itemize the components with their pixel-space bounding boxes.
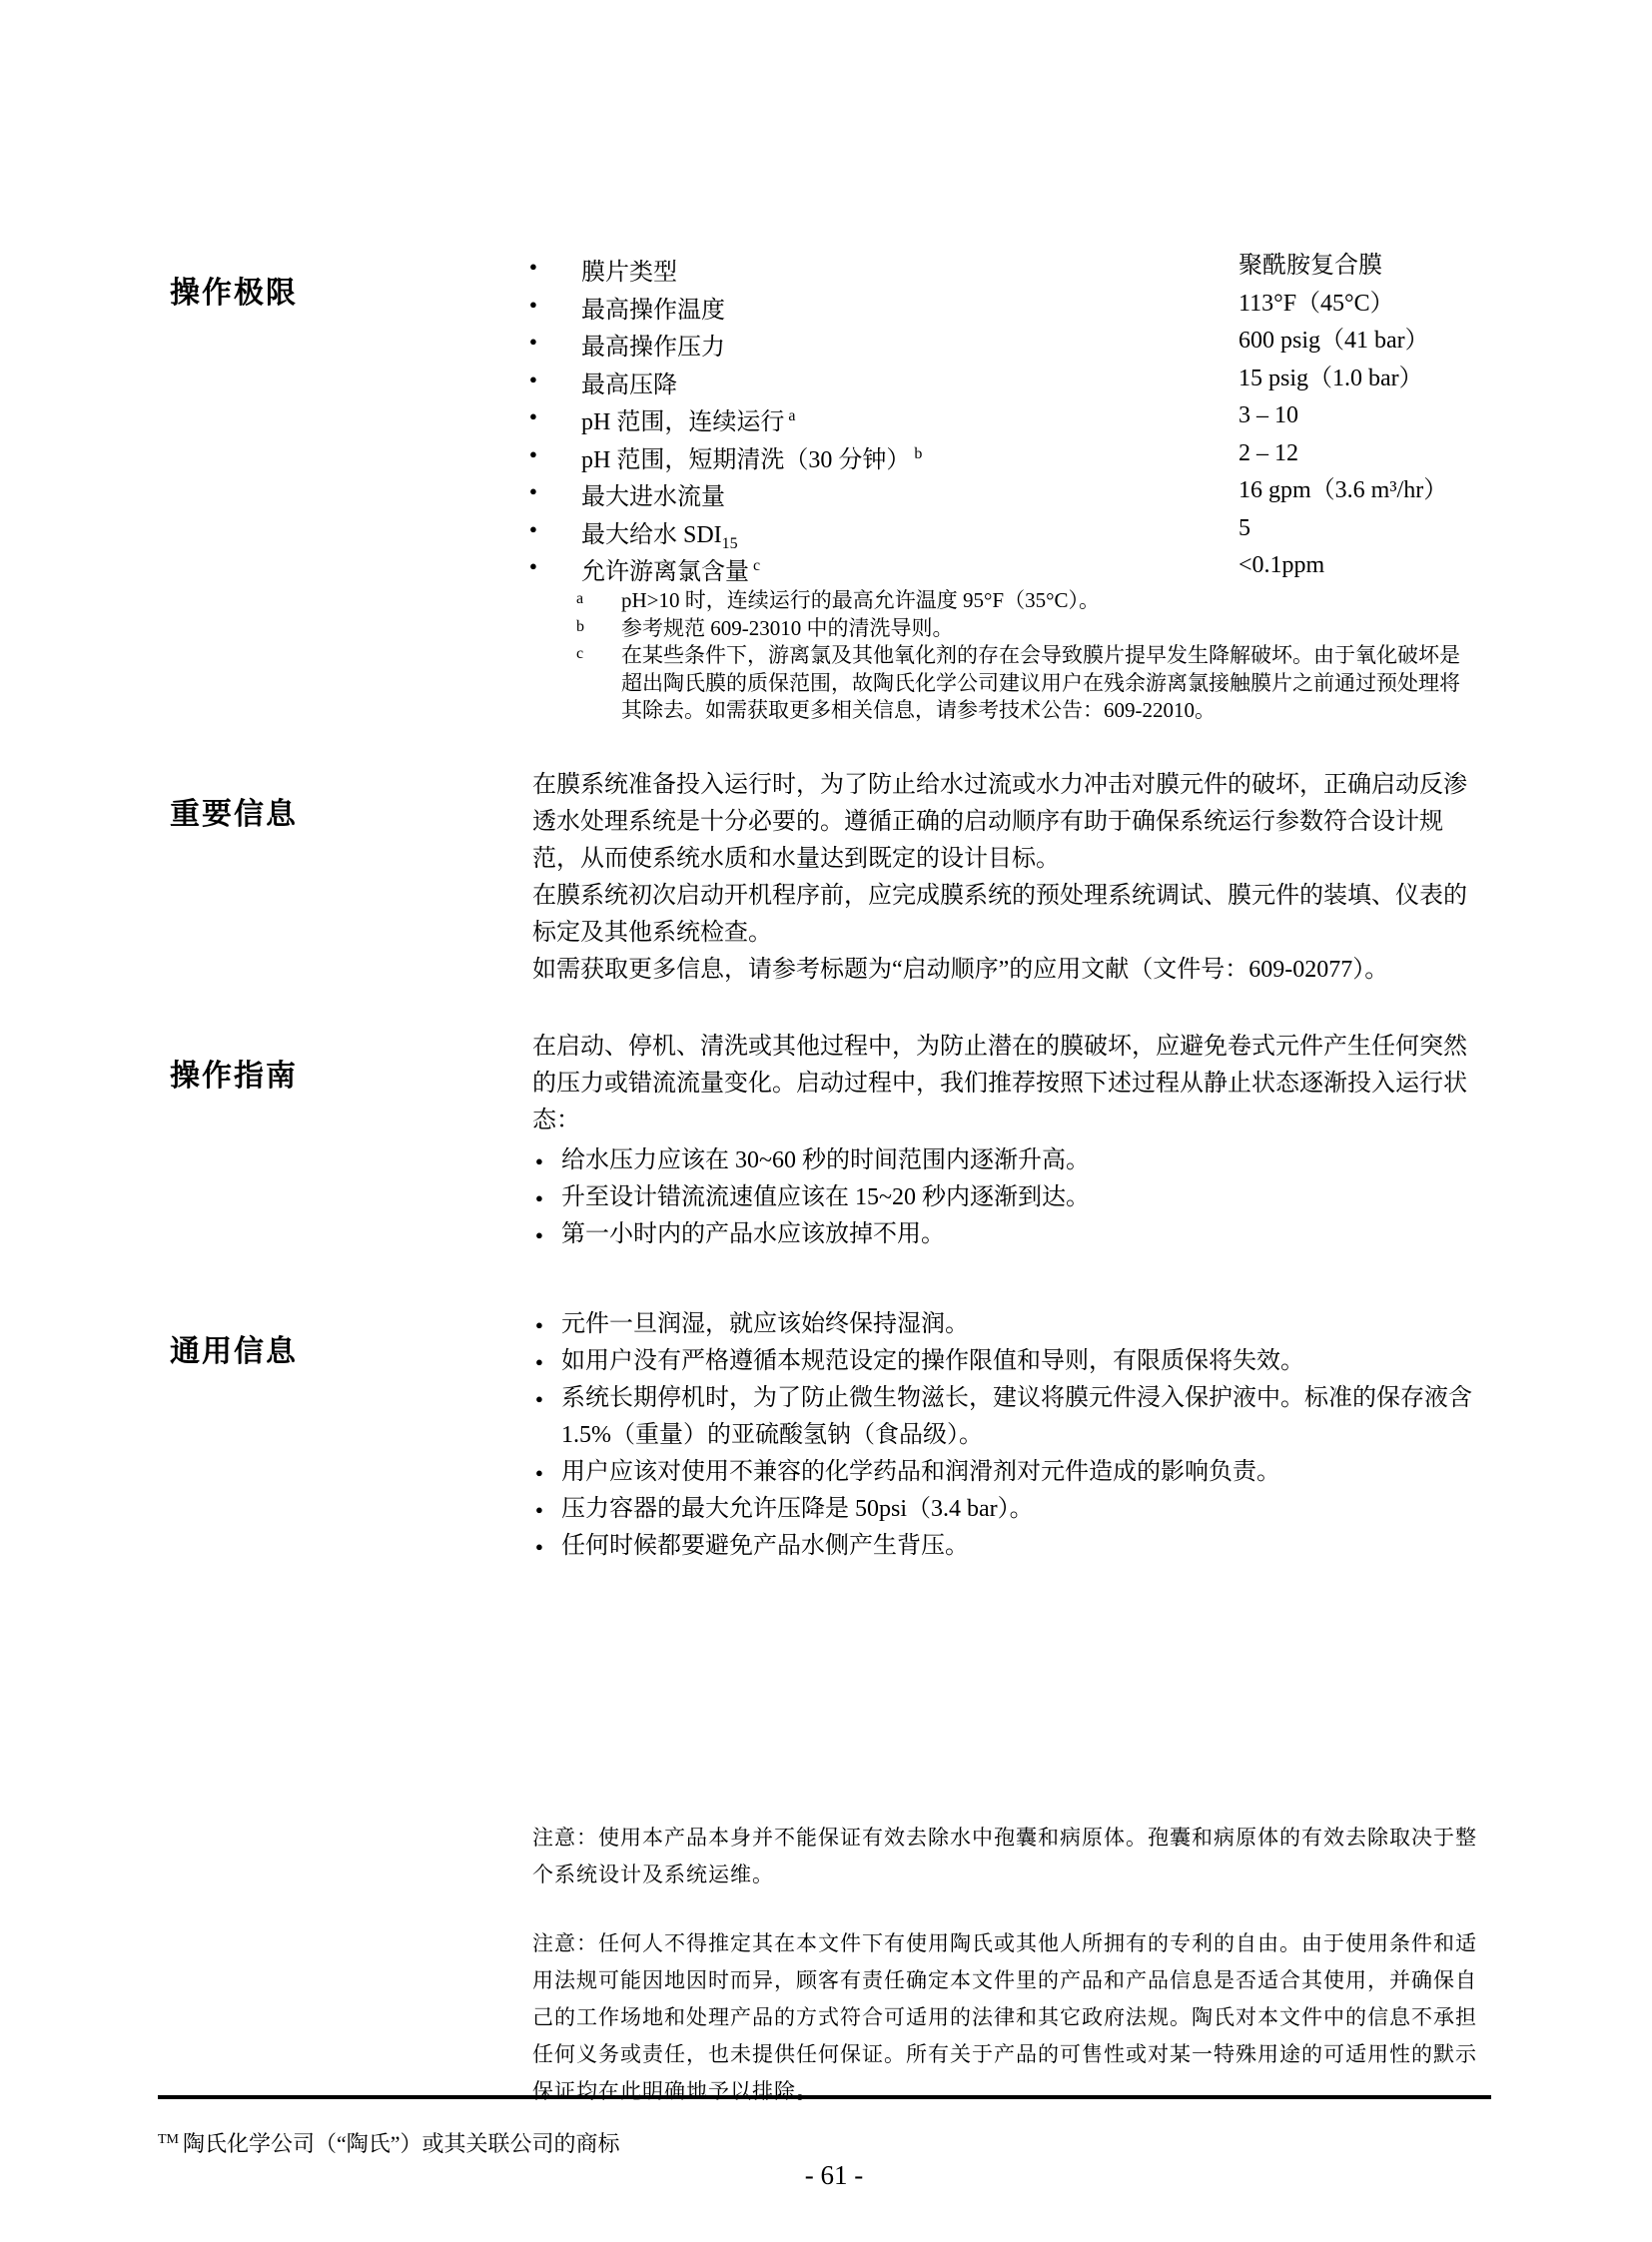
section-title-operating-guidelines: 操作指南 bbox=[170, 1051, 298, 1095]
bullet-icon: ● bbox=[535, 1380, 543, 1417]
footer-divider bbox=[158, 2095, 1491, 2099]
list-item: ●系统长期停机时，为了防止微生物滋长，建议将膜元件浸入保护液中。标准的保存液含 … bbox=[532, 1380, 1488, 1454]
bullet-icon: ● bbox=[535, 1528, 543, 1565]
list-item: ●如用户没有严格遵循本规范设定的操作限值和导则，有限质保将失效。 bbox=[532, 1343, 1488, 1380]
bullet-icon: ● bbox=[529, 323, 537, 361]
paragraph: 在启动、停机、清洗或其他过程中，为防止潜在的膜破坏，应避免卷式元件产生任何突然的… bbox=[532, 1029, 1488, 1139]
spec-value: 16 gpm（3.6 m³/hr） bbox=[1239, 472, 1447, 510]
note-cyst-pathogen: 注意：使用本产品本身并不能保证有效去除水中孢囊和病原体。孢囊和病原体的有效去除取… bbox=[532, 1820, 1489, 1893]
footnote-ref: a bbox=[788, 407, 795, 424]
bullet-icon: ● bbox=[529, 435, 537, 473]
tm-mark: TM bbox=[158, 2132, 179, 2147]
spec-value: 2 – 12 bbox=[1239, 435, 1298, 473]
bullet-icon: ● bbox=[529, 361, 537, 398]
spec-value: 5 bbox=[1239, 510, 1250, 548]
spec-value: 600 psig（41 bar） bbox=[1239, 323, 1429, 361]
list-item: ●压力容器的最大允许压降是 50psi（3.4 bar）。 bbox=[532, 1491, 1488, 1528]
footnote-ref: c bbox=[753, 557, 760, 574]
list-item: ●给水压力应该在 30~60 秒的时间范围内逐渐升高。 bbox=[532, 1142, 1488, 1179]
spec-value: 15 psig（1.0 bar） bbox=[1239, 361, 1423, 398]
bullet-icon: ● bbox=[529, 547, 537, 585]
spec-row: ● 最大进水流量 16 gpm（3.6 m³/hr） bbox=[529, 472, 1538, 510]
bullet-icon: ● bbox=[535, 1216, 543, 1253]
footnote-marker: a bbox=[576, 585, 583, 613]
list-item: ●任何时候都要避免产品水侧产生背压。 bbox=[532, 1528, 1488, 1565]
bullet-icon: ● bbox=[535, 1306, 543, 1343]
spec-table: ● 膜片类型 聚酰胺复合膜 ● 最高操作温度 113°F（45°C） ● 最高操… bbox=[529, 248, 1538, 585]
footnote-marker: c bbox=[576, 640, 583, 668]
footnotes: a pH>10 时，连续运行的最高允许温度 95°F（35°C）。 b 参考规范… bbox=[576, 587, 1480, 725]
spec-row: ● 膜片类型 聚酰胺复合膜 bbox=[529, 248, 1538, 286]
bullet-icon: ● bbox=[535, 1142, 543, 1179]
bullet-icon: ● bbox=[535, 1343, 543, 1380]
footnote: c 在某些条件下，游离氯及其他氧化剂的存在会导致膜片提早发生降解破坏。由于氧化破… bbox=[576, 642, 1480, 725]
list-item: ●元件一旦润湿，就应该始终保持湿润。 bbox=[532, 1306, 1488, 1343]
guidelines-bullet-list: ●给水压力应该在 30~60 秒的时间范围内逐渐升高。 ●升至设计错流流速值应该… bbox=[532, 1142, 1488, 1253]
section-title-operating-limits: 操作极限 bbox=[170, 268, 298, 312]
list-item: ●升至设计错流流速值应该在 15~20 秒内逐渐到达。 bbox=[532, 1179, 1488, 1216]
paragraph: 如需获取更多信息，请参考标题为“启动顺序”的应用文献（文件号：609-02077… bbox=[532, 952, 1488, 989]
bullet-icon: ● bbox=[529, 472, 537, 510]
footnote-text: 参考规范 609-23010 中的清洗导则。 bbox=[621, 616, 954, 640]
section-title-general-info: 通用信息 bbox=[170, 1326, 298, 1370]
list-item: ●第一小时内的产品水应该放掉不用。 bbox=[532, 1216, 1488, 1253]
paragraph: 在膜系统初次启动开机程序前，应完成膜系统的预处理系统调试、膜元件的装填、仪表的标… bbox=[532, 878, 1488, 952]
spec-row: ● 最高压降 15 psig（1.0 bar） bbox=[529, 361, 1538, 398]
footnote: b 参考规范 609-23010 中的清洗导则。 bbox=[576, 615, 1480, 643]
footnote-text: 在某些条件下，游离氯及其他氧化剂的存在会导致膜片提早发生降解破坏。由于氧化破坏是… bbox=[621, 643, 1460, 722]
spec-row: ● 最大给水 SDI15 5 bbox=[529, 510, 1538, 548]
footnote-ref: b bbox=[914, 445, 922, 462]
spec-value: 聚酰胺复合膜 bbox=[1239, 248, 1382, 286]
footnote-text: pH>10 时，连续运行的最高允许温度 95°F（35°C）。 bbox=[621, 588, 1100, 612]
spec-value: 3 – 10 bbox=[1239, 397, 1298, 435]
spec-row: ● pH 范围，连续运行a 3 – 10 bbox=[529, 397, 1538, 435]
spec-value: 113°F（45°C） bbox=[1239, 286, 1394, 324]
footnote-marker: b bbox=[576, 613, 584, 641]
spec-row: ● 最高操作压力 600 psig（41 bar） bbox=[529, 323, 1538, 361]
bullet-icon: ● bbox=[535, 1454, 543, 1491]
bullet-icon: ● bbox=[535, 1491, 543, 1528]
footnote: a pH>10 时，连续运行的最高允许温度 95°F（35°C）。 bbox=[576, 587, 1480, 615]
spec-row: ● 最高操作温度 113°F（45°C） bbox=[529, 286, 1538, 324]
note-legal-disclaimer: 注意：任何人不得推定其在本文件下有使用陶氏或其他人所拥有的专利的自由。由于使用条… bbox=[532, 1925, 1489, 2110]
section-title-important-info: 重要信息 bbox=[170, 789, 298, 833]
spec-row: ● pH 范围，短期清洗（30 分钟）b 2 – 12 bbox=[529, 435, 1538, 473]
bullet-icon: ● bbox=[535, 1179, 543, 1216]
spec-value: <0.1ppm bbox=[1239, 547, 1324, 585]
bullet-icon: ● bbox=[529, 286, 537, 324]
spec-row: ● 允许游离氯含量c <0.1ppm bbox=[529, 547, 1538, 585]
document-page: 操作极限 ● 膜片类型 聚酰胺复合膜 ● 最高操作温度 113°F（45°C） … bbox=[0, 0, 1652, 2242]
page-number: - 61 - bbox=[170, 2160, 1498, 2191]
paragraph: 在膜系统准备投入运行时，为了防止给水过流或水力冲击对膜元件的破坏，正确启动反渗透… bbox=[532, 767, 1488, 878]
bullet-icon: ● bbox=[529, 510, 537, 548]
bullet-icon: ● bbox=[529, 397, 537, 435]
general-bullet-list: ●元件一旦润湿，就应该始终保持湿润。 ●如用户没有严格遵循本规范设定的操作限值和… bbox=[532, 1306, 1488, 1565]
trademark-line: TM陶氏化学公司（“陶氏”）或其关联公司的商标 bbox=[158, 2127, 620, 2158]
list-item: ●用户应该对使用不兼容的化学药品和润滑剂对元件造成的影响负责。 bbox=[532, 1454, 1488, 1491]
bullet-icon: ● bbox=[529, 248, 537, 286]
